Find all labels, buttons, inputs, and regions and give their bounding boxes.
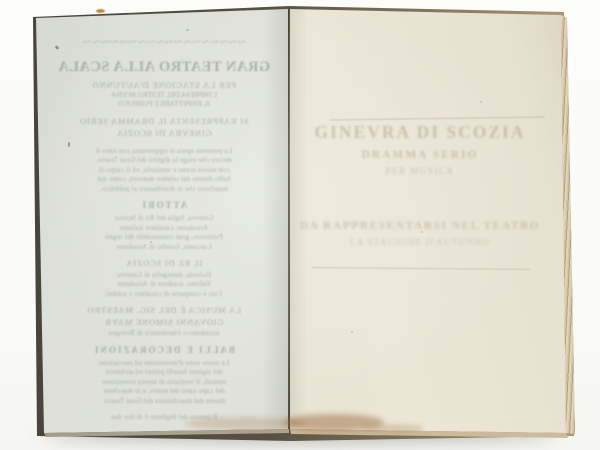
ghost-text-line: SI RAPPRESENTA IL DRAMMA SERIO xyxy=(79,117,248,126)
ghost-text-line: accademico filarmonico di Bologna xyxy=(109,329,220,336)
ghost-text-line: del capo sarto del teatro, e le macchine xyxy=(103,387,224,394)
ghost-text-line: PER LA STAGIONE D'AUTUNNO xyxy=(92,81,236,90)
ghost-text-line: con nuove scene e vestiario, ed il corpo… xyxy=(98,166,229,173)
ghost-text-line: Lurcanio, fratello di Ariodante xyxy=(116,243,211,250)
ghost-text-line: Ariodante, cavaliere italiano xyxy=(120,224,209,231)
left-page-showthrough-text: ~~~~~~~~~~~~~~~~~~GRAN TEATRO ALLA SCALA… xyxy=(48,36,280,428)
ghost-text-line: ballo diretto dal celebre maestro, come … xyxy=(98,175,231,182)
ghost-text-line: ATTORI xyxy=(141,201,188,210)
ghost-text-line: GIOVANNI SIMONE MAYR xyxy=(105,318,224,327)
ghost-text-line: Dalinda, damigella di Ginevra xyxy=(117,271,211,278)
ghost-text-line: decoro che esige la dignità del Gran Tea… xyxy=(96,156,232,163)
ghost-text-line: dirette dal macchinista del Gran Teatro. xyxy=(102,397,225,404)
ghost-text-line: PER MUSICA xyxy=(386,167,455,176)
paper-speck xyxy=(480,101,482,103)
ghost-text-line: L'IMPRESA DEL TEATRO AVVISA xyxy=(111,92,217,99)
right-page-ghost-title-block: GINEVRA DI SCOZIADRAMMA SERIOPER MUSICA xyxy=(298,124,542,176)
paper-speck xyxy=(186,29,189,31)
ghost-text-line: LA MUSICA È DEL SIG. MAESTRO xyxy=(87,306,241,315)
ghost-text-line: IL RE DI SCOZIA xyxy=(126,259,203,268)
ghost-text-line: dei signori fratelli pittori ed architet… xyxy=(106,368,223,375)
ghost-text-line: BALLI E DECORAZIONI xyxy=(93,346,235,355)
ghost-text-line: DRAMMA SERIO xyxy=(362,150,479,162)
ghost-text-line: teatrali, il vestiario di nuova invenzio… xyxy=(102,378,226,385)
ghost-text-line: GINEVRA DI SCOZIA xyxy=(315,124,526,142)
ghost-text-line: DA RAPPRESENTARSI NEL TEATRO xyxy=(300,221,540,233)
ghost-text-line: LA STAGIONE D'AUTUNNO xyxy=(350,239,490,249)
photo-background: ~~~~~~~~~~~~~~~~~~GRAN TEATRO ALLA SCALA… xyxy=(0,0,600,450)
ghost-text-line: IL RISPETTABILE PUBBLICO xyxy=(118,101,210,108)
ghost-text-line: GINEVRA DI SCOZIA xyxy=(116,129,211,138)
paper-speck xyxy=(150,241,152,243)
right-page-ghost-publisher-block: DA RAPPRESENTARSI NEL TEATROLA STAGIONE … xyxy=(298,221,542,248)
ghost-text-line: Le scene sono d'invenzione ed esecuzione xyxy=(99,359,230,366)
ghost-text-line: Ginevra, figlia del Re di Scozia xyxy=(115,214,213,221)
ghost-text-line: GRAN TEATRO ALLA SCALA xyxy=(58,60,270,75)
page-gutter xyxy=(288,9,290,430)
ghost-text-line: Polinesso, gran contestabile del regno xyxy=(105,233,223,240)
paper-speck xyxy=(421,231,423,233)
stain xyxy=(362,424,424,432)
ghost-text-line: Cori e comparse di cavalieri e soldati xyxy=(106,290,222,297)
ghost-text-line: La presente opera si rappresenta con tut… xyxy=(96,147,232,154)
ghost-text-line: manifesto che si distribuisce al pubblic… xyxy=(100,185,228,192)
paper-speck xyxy=(68,142,70,147)
ghost-text-line: Vafrino, scudiere di Ariodante xyxy=(117,280,211,287)
ghost-text-line: ~~~~~~~~~~~~~~~~~~ xyxy=(82,36,246,51)
cover-speck xyxy=(96,9,105,13)
paper-speck xyxy=(351,331,353,333)
